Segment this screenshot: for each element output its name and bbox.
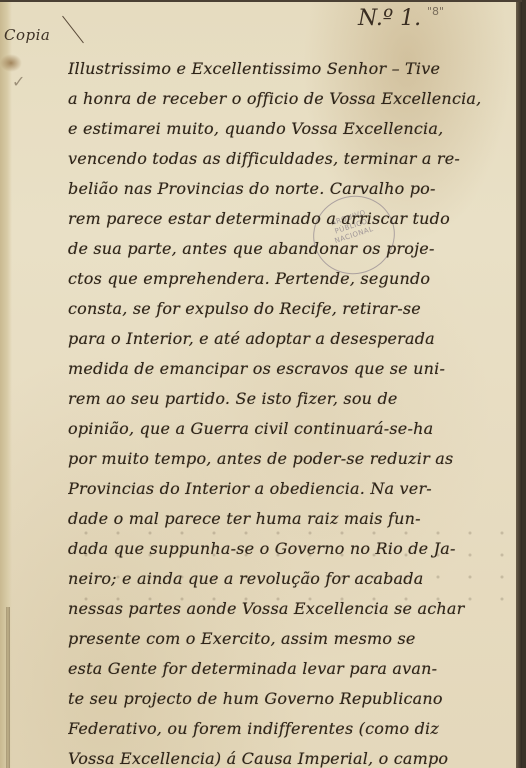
- text-line: medida de emancipar os escravos que se u…: [68, 354, 520, 384]
- text-line: esta Gente for determinada levar para av…: [68, 654, 520, 684]
- text-line: te seu projecto de hum Governo Republica…: [68, 684, 520, 714]
- text-line: Federativo, ou forem indifferentes (como…: [68, 714, 520, 744]
- check-mark-icon: ✓: [12, 72, 25, 91]
- text-line: nessas partes aonde Vossa Excellencia se…: [68, 594, 520, 624]
- text-line: dada que suppunha-se o Governo no Rio de…: [68, 534, 520, 564]
- text-line: por muito tempo, antes de poder-se reduz…: [68, 444, 520, 474]
- text-line: opinião, que a Guerra civil continuará-s…: [68, 414, 520, 444]
- margin-note-copia: Copia: [4, 26, 50, 44]
- text-line: a honra de receber o officio de Vossa Ex…: [68, 84, 520, 114]
- margin-slash-mark: [62, 16, 84, 44]
- text-line: rem ao seu partido. Se isto fizer, sou d…: [68, 384, 520, 414]
- text-line: Vossa Excellencia) á Causa Imperial, o c…: [68, 744, 520, 768]
- ink-stain: [0, 54, 22, 72]
- document-number: N.º 1.: [358, 6, 421, 31]
- text-line: ctos que emprehendera. Pertende, segundo: [68, 264, 520, 294]
- folio-number: "8": [427, 5, 444, 18]
- text-line: neiro; e ainda que a revolução for acaba…: [68, 564, 520, 594]
- text-line: vencendo todas as difficuldades, termina…: [68, 144, 520, 174]
- binding-thread: [6, 607, 10, 768]
- text-line: consta, se for expulso do Recife, retira…: [68, 294, 520, 324]
- text-line: rem parece estar determinado a arriscar …: [68, 204, 520, 234]
- text-line: Illustrissimo e Excellentissimo Senhor –…: [68, 54, 520, 84]
- letter-body: Illustrissimo e Excellentissimo Senhor –…: [68, 54, 520, 768]
- text-line: presente com o Exercito, assim mesmo se: [68, 624, 520, 654]
- manuscript-page: Copia ✓ N.º 1. "8" ARQUIVO PÚBLICO NACIO…: [0, 0, 522, 768]
- text-line: de sua parte, antes que abandonar os pro…: [68, 234, 520, 264]
- text-line: para o Interior, e até adoptar a desespe…: [68, 324, 520, 354]
- text-line: belião nas Provincias do norte. Carvalho…: [68, 174, 520, 204]
- text-line: Provincias do Interior a obediencia. Na …: [68, 474, 520, 504]
- text-line: e estimarei muito, quando Vossa Excellen…: [68, 114, 520, 144]
- text-line: dade o mal parece ter huma raiz mais fun…: [68, 504, 520, 534]
